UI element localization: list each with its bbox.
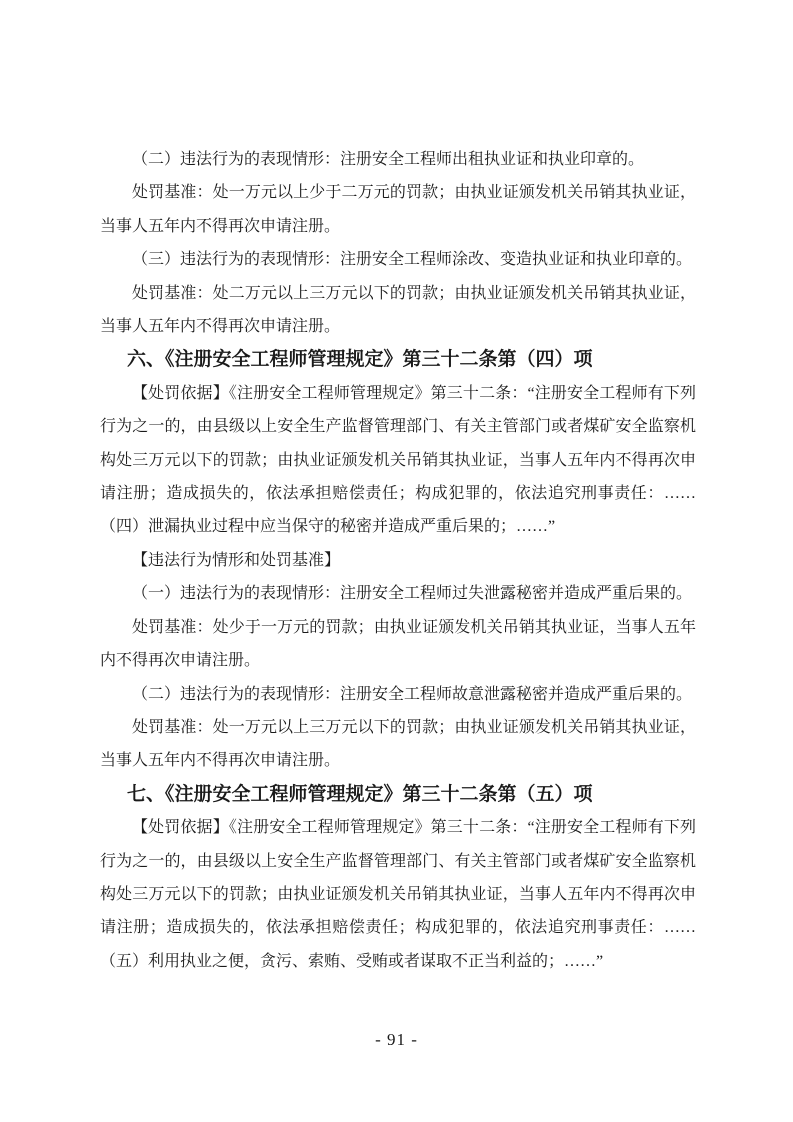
paragraph-clause-3-case: （三）违法行为的表现情形：注册安全工程师涂改、变造执业证和执业印章的。 [100, 243, 696, 276]
paragraph-clause-2-penalty: 处罚基准：处一万元以上少于二万元的罚款；由执业证颁发机关吊销其执业证，当事人五年… [100, 176, 696, 243]
paragraph-item-1-penalty: 处罚基准：处少于一万元的罚款；由执业证颁发机关吊销其执业证，当事人五年内不得再次… [100, 611, 696, 678]
document-body: （二）违法行为的表现情形：注册安全工程师出租执业证和执业印章的。 处罚基准：处一… [100, 143, 696, 978]
section-heading-6: 六、《注册安全工程师管理规定》第三十二条第（四）项 [100, 343, 696, 376]
paragraph-basis-section-6: 【处罚依据】《注册安全工程师管理规定》第三十二条：“注册安全工程师有下列行为之一… [100, 377, 696, 544]
section-heading-7: 七、《注册安全工程师管理规定》第三十二条第（五）项 [100, 778, 696, 811]
document-page: （二）违法行为的表现情形：注册安全工程师出租执业证和执业印章的。 处罚基准：处一… [0, 0, 793, 1122]
paragraph-clause-2-case: （二）违法行为的表现情形：注册安全工程师出租执业证和执业印章的。 [100, 143, 696, 176]
paragraph-clause-3-penalty: 处罚基准：处二万元以上三万元以下的罚款；由执业证颁发机关吊销其执业证，当事人五年… [100, 277, 696, 344]
page-number: - 91 - [0, 1029, 793, 1051]
paragraph-item-1-case: （一）违法行为的表现情形：注册安全工程师过失泄露秘密并造成严重后果的。 [100, 577, 696, 610]
paragraph-basis-section-7: 【处罚依据】《注册安全工程师管理规定》第三十二条：“注册安全工程师有下列行为之一… [100, 811, 696, 978]
paragraph-criteria-title: 【违法行为情形和处罚基准】 [100, 544, 696, 577]
paragraph-item-2-case: （二）违法行为的表现情形：注册安全工程师故意泄露秘密并造成严重后果的。 [100, 678, 696, 711]
paragraph-item-2-penalty: 处罚基准：处一万元以上三万元以下的罚款；由执业证颁发机关吊销其执业证，当事人五年… [100, 711, 696, 778]
